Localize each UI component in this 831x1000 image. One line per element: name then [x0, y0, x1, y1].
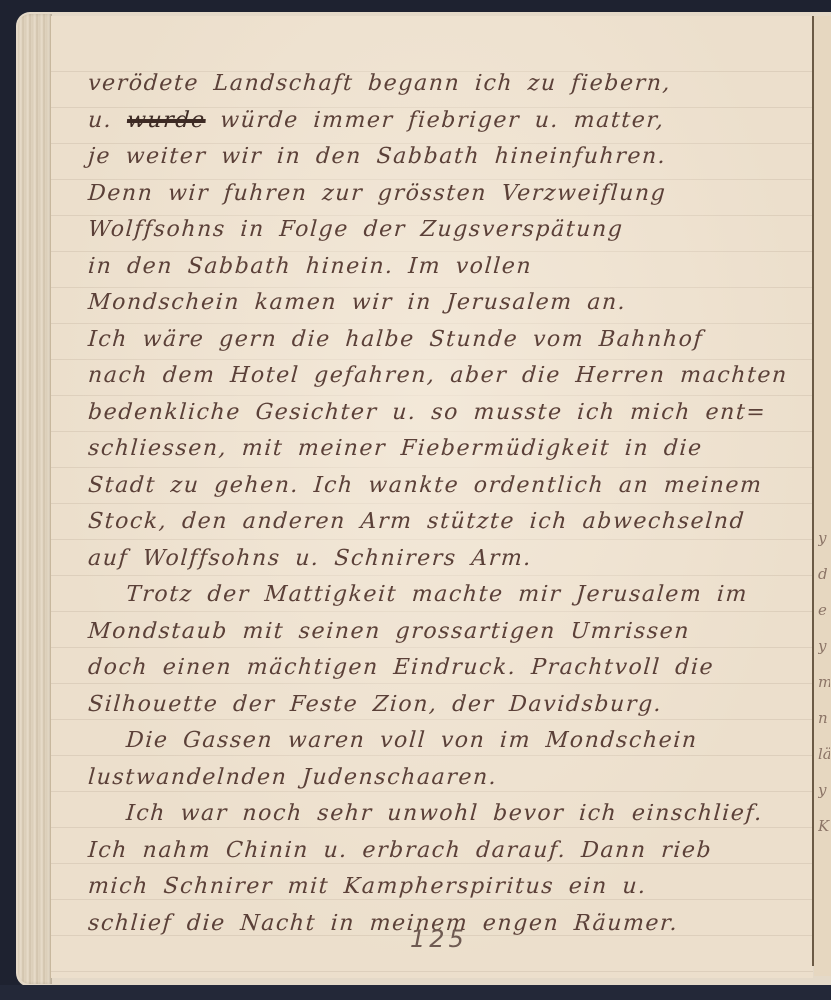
text-line: schliessen, mit meiner Fiebermüdigkeit i… — [87, 431, 790, 468]
handwritten-text: verödete Landschaft begann ich zu fieber… — [88, 66, 788, 942]
text-line: Stock, den anderen Arm stützte ich abwec… — [87, 504, 790, 541]
text-line: mich Schnirer mit Kampherspiritus ein u. — [87, 869, 790, 906]
line-rest: würde immer fiebriger u. matter, — [205, 108, 666, 133]
text-line: bedenkliche Gesichter u. so musste ich m… — [87, 395, 790, 432]
page-number: 125 — [410, 925, 468, 953]
adjacent-page-fragments: y d e y m n lä y K — [818, 520, 830, 844]
text-line: nach dem Hotel gefahren, aber die Herren… — [87, 358, 790, 395]
fragment: lä — [818, 736, 830, 772]
text-line: Silhouette der Feste Zion, der Davidsbur… — [87, 687, 790, 724]
text-line: Mondstaub mit seinen grossartigen Umriss… — [87, 614, 790, 651]
text-line: Mondschein kamen wir in Jerusalem an. — [87, 285, 790, 322]
line-start: u. — [87, 108, 128, 133]
text-line: Stadt zu gehen. Ich wankte ordentlich an… — [87, 468, 790, 505]
text-line: auf Wolffsohns u. Schnirers Arm. — [87, 541, 790, 578]
text-line: verödete Landschaft begann ich zu fieber… — [87, 66, 790, 103]
fragment: d — [818, 556, 830, 592]
paragraph-start-line: Die Gassen waren voll von im Mondschein — [87, 723, 790, 760]
struck-out-word: wurde — [126, 108, 206, 133]
text-line: in den Sabbath hinein. Im vollen — [87, 249, 790, 286]
scan-background — [0, 985, 831, 1000]
fragment: y — [818, 520, 830, 556]
text-line: je weiter wir in den Sabbath hineinfuhre… — [87, 139, 790, 176]
text-line: Wolffsohns in Folge der Zugsverspätung — [87, 212, 790, 249]
fragment: n — [818, 700, 830, 736]
fragment: y — [818, 628, 830, 664]
fragment: y — [818, 772, 830, 808]
fragment: e — [818, 592, 830, 628]
text-line: Denn wir fuhren zur grössten Verzweiflun… — [87, 176, 790, 213]
paragraph-start-line: Trotz der Mattigkeit machte mir Jerusale… — [87, 577, 790, 614]
text-line: doch einen mächtigen Eindruck. Prachtvol… — [87, 650, 790, 687]
fragment: m — [818, 664, 830, 700]
fragment: K — [818, 808, 830, 844]
paragraph-start-line: Ich war noch sehr unwohl bevor ich einsc… — [87, 796, 790, 833]
text-line: Ich nahm Chinin u. erbrach darauf. Dann … — [87, 833, 790, 870]
stacked-page-edges — [18, 14, 52, 984]
text-line-with-deletion: u. wurde würde immer fiebriger u. matter… — [87, 103, 790, 140]
text-line: lustwandelnden Judenschaaren. — [87, 760, 790, 797]
text-line: Ich wäre gern die halbe Stunde vom Bahnh… — [87, 322, 790, 359]
